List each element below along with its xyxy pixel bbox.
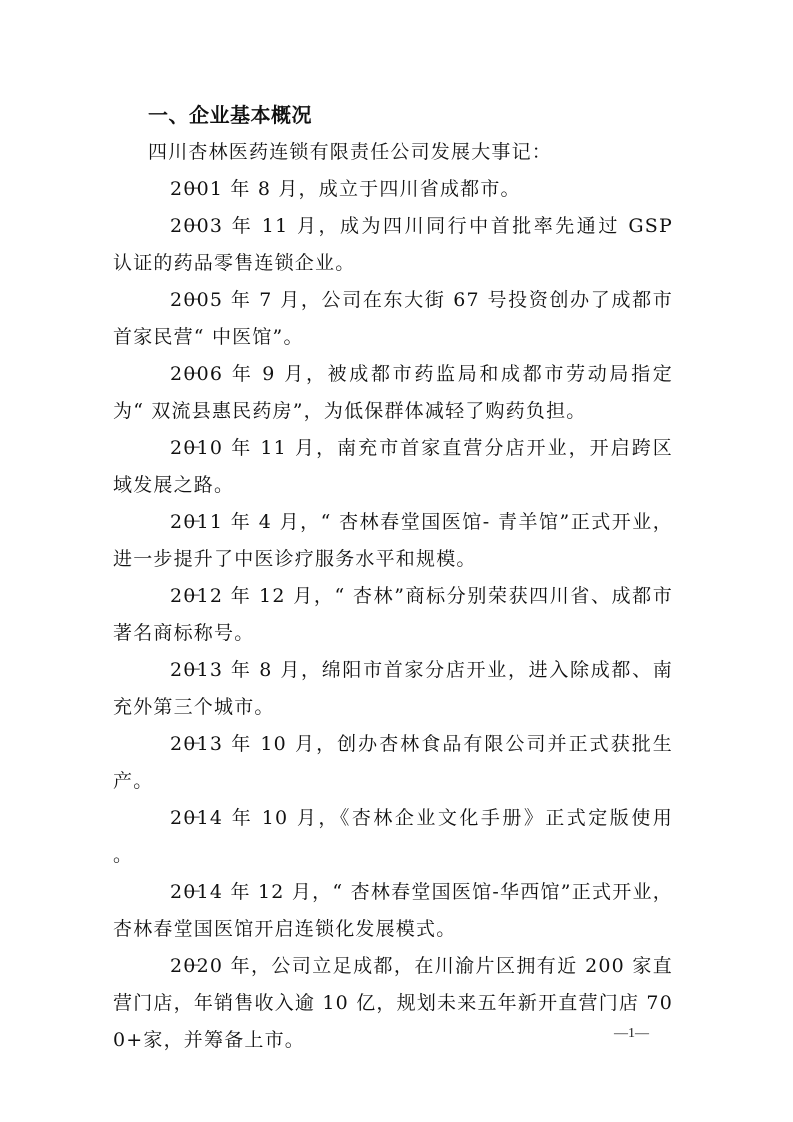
dash-bullet-icon: － — [148, 800, 170, 837]
dash-bullet-icon: － — [148, 874, 170, 911]
milestone-item: －2006 年 9 月，被成都市药监局和成都市劳动局指定为“ 双流县惠民药房”，… — [113, 356, 673, 430]
dash-bullet-icon: － — [148, 578, 170, 615]
milestone-item: －2020 年，公司立足成都，在川渝片区拥有近 200 家直营门店，年销售收入逾… — [113, 948, 673, 1059]
milestone-item: －2014 年 12 月，“ 杏林春堂国医馆-华西馆”正式开业，杏林春堂国医馆开… — [113, 874, 673, 948]
milestone-item: －2013 年 10 月，创办杏林食品有限公司并正式获批生产。 — [113, 726, 673, 800]
milestone-text: 2005 年 7 月，公司在东大街 67 号投资创办了成都市首家民营“ 中医馆”… — [113, 289, 673, 348]
milestone-text: 2011 年 4 月，“ 杏林春堂国医馆- 青羊馆”正式开业，进一步提升了中医诊… — [113, 511, 673, 570]
milestone-text: 2010 年 11 月，南充市首家直营分店开业，开启跨区域发展之路。 — [113, 437, 673, 496]
document-page: 一、企业基本概况 四川杏林医药连锁有限责任公司发展大事记： －2001 年 8 … — [113, 96, 673, 1059]
milestone-text: 2012 年 12 月，“ 杏林”商标分别荣获四川省、成都市著名商标称号。 — [113, 585, 673, 644]
dash-bullet-icon: － — [148, 504, 170, 541]
milestone-item: －2005 年 7 月，公司在东大街 67 号投资创办了成都市首家民营“ 中医馆… — [113, 282, 673, 356]
dash-bullet-icon: － — [148, 282, 170, 319]
milestone-item: －2011 年 4 月，“ 杏林春堂国医馆- 青羊馆”正式开业，进一步提升了中医… — [113, 504, 673, 578]
milestone-text: 2006 年 9 月，被成都市药监局和成都市劳动局指定为“ 双流县惠民药房”，为… — [113, 363, 673, 422]
section-heading: 一、企业基本概况 — [113, 96, 673, 134]
milestone-item: －2012 年 12 月，“ 杏林”商标分别荣获四川省、成都市著名商标称号。 — [113, 578, 673, 652]
milestone-item: －2010 年 11 月，南充市首家直营分店开业，开启跨区域发展之路。 — [113, 430, 673, 504]
milestone-item: －2014 年 10 月，《杏林企业文化手册》正式定版使用 。 — [113, 800, 673, 874]
milestone-item: －2001 年 8 月，成立于四川省成都市。 — [113, 171, 673, 208]
milestone-text: 2014 年 12 月，“ 杏林春堂国医馆-华西馆”正式开业，杏林春堂国医馆开启… — [113, 881, 673, 940]
milestone-item: －2003 年 11 月，成为四川同行中首批率先通过 GSP 认证的药品零售连锁… — [113, 208, 673, 282]
dash-bullet-icon: － — [148, 948, 170, 985]
dash-bullet-icon: － — [148, 171, 170, 208]
milestone-item: －2013 年 8 月，绵阳市首家分店开业，进入除成都、南充外第三个城市。 — [113, 652, 673, 726]
page-number: —1— — [614, 1026, 649, 1042]
dash-bullet-icon: － — [148, 726, 170, 763]
dash-bullet-icon: － — [148, 430, 170, 467]
milestone-text: 2020 年，公司立足成都，在川渝片区拥有近 200 家直营门店，年销售收入逾 … — [113, 955, 673, 1051]
intro-paragraph: 四川杏林医药连锁有限责任公司发展大事记： — [113, 134, 673, 171]
milestone-text: 2003 年 11 月，成为四川同行中首批率先通过 GSP 认证的药品零售连锁企… — [113, 215, 673, 274]
milestone-text: 2013 年 8 月，绵阳市首家分店开业，进入除成都、南充外第三个城市。 — [113, 659, 673, 718]
milestone-text: 2001 年 8 月，成立于四川省成都市。 — [170, 178, 521, 200]
dash-bullet-icon: － — [148, 356, 170, 393]
dash-bullet-icon: － — [148, 208, 170, 245]
dash-bullet-icon: － — [148, 652, 170, 689]
